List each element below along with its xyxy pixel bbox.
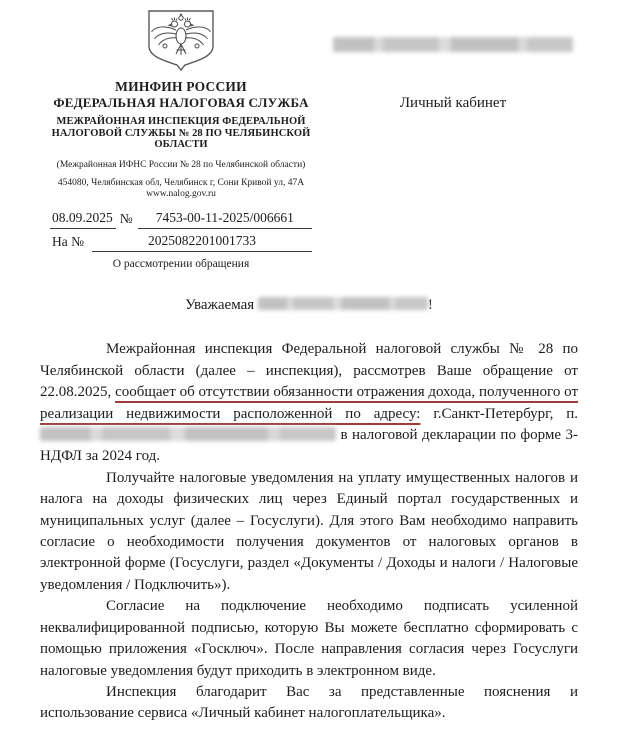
letter-page: МИНФИН РОССИИ ФЕДЕРАЛЬНАЯ НАЛОГОВАЯ СЛУЖ… [0, 0, 618, 755]
outgoing-reference-row: 08.09.2025 № 7453-00-11-2025/006661 [50, 209, 312, 229]
letter-body: Уважаемая ! Межрайонная инспекция Федера… [40, 295, 578, 725]
outgoing-date: 08.09.2025 [50, 209, 116, 229]
letterhead: МИНФИН РОССИИ ФЕДЕРАЛЬНАЯ НАЛОГОВАЯ СЛУЖ… [50, 10, 312, 270]
incoming-number: 2025082201001733 [92, 232, 312, 252]
salutation-suffix: ! [428, 297, 433, 313]
incoming-label: На № [50, 233, 92, 252]
org-ministry: МИНФИН РОССИИ [50, 78, 312, 95]
redacted-recipient-name-blur [333, 37, 573, 52]
russia-coat-of-arms-icon [143, 10, 219, 72]
incoming-reference-row: На № 2025082201001733 [50, 232, 312, 252]
paragraph-1: Межрайонная инспекция Федеральной налого… [40, 339, 578, 467]
org-website: www.nalog.gov.ru [50, 189, 312, 200]
org-service: ФЕДЕРАЛЬНАЯ НАЛОГОВАЯ СЛУЖБА [50, 95, 312, 111]
salutation: Уважаемая ! [40, 295, 578, 316]
redacted-address-blur [40, 427, 336, 441]
paragraph-3: Согласие на подключение необходимо подпи… [40, 596, 578, 682]
paragraph-1-address-city: г.Санкт-Петербург, п. [420, 406, 578, 422]
redacted-salutation-name-blur [258, 297, 428, 310]
paragraph-4: Инспекция благодарит Вас за представленн… [40, 682, 578, 725]
delivery-method: Личный кабинет [332, 95, 574, 112]
org-postal-address: 454080, Челябинская обл, Челябинск г, Со… [50, 178, 312, 189]
outgoing-number: 7453-00-11-2025/006661 [138, 209, 312, 229]
recipient-block: Личный кабинет [332, 30, 574, 112]
org-inspection-name: МЕЖРАЙОННАЯ ИНСПЕКЦИЯ ФЕДЕРАЛЬНОЙ НАЛОГО… [50, 116, 312, 151]
reference-block: 08.09.2025 № 7453-00-11-2025/006661 На №… [50, 209, 312, 252]
paragraph-2: Получайте налоговые уведомления на уплат… [40, 468, 578, 596]
org-inspection-short-name: (Межрайонная ИФНС России № 28 по Челябин… [50, 160, 312, 171]
salutation-prefix: Уважаемая [185, 297, 258, 313]
emblem-wrap [50, 10, 312, 74]
letter-subject: О рассмотрении обращения [50, 258, 312, 270]
number-sign: № [116, 210, 138, 229]
